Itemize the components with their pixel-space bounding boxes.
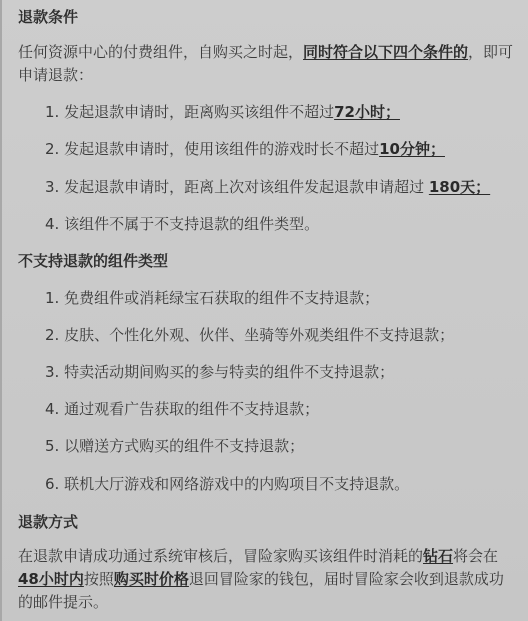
item-number: 2. [45,326,59,344]
item-number: 5. [45,437,59,455]
item-text: 免费组件或消耗绿宝石获取的组件不支持退款； [59,289,379,307]
method-text: 按照 [84,570,114,588]
method-emphasis-price: 购买时价格 [114,570,189,588]
item-text: 该组件不属于不支持退款的组件类型。 [59,215,319,233]
unsupported-item-4: 4. 通过观看广告获取的组件不支持退款； [45,399,319,419]
item-number: 6. [45,475,59,493]
item-number: 3. [45,363,59,381]
item-emphasis: 180天； [429,178,490,196]
unsupported-item-3: 3. 特卖活动期间购买的参与特卖的组件不支持退款； [45,362,394,382]
unsupported-item-2: 2. 皮肤、个性化外观、伙伴、坐骑等外观类组件不支持退款； [45,325,454,345]
item-emphasis: 10分钟； [379,140,445,158]
item-emphasis: 72小时； [334,103,400,121]
method-emphasis-48h: 48小时内 [18,570,84,588]
item-text: 发起退款申请时，距离上次对该组件发起退款申请超过 [59,178,429,196]
method-text: 将会在 [453,547,498,565]
condition-item-2: 2. 发起退款申请时，使用该组件的游戏时长不超过10分钟； [45,139,445,159]
condition-item-4: 4. 该组件不属于不支持退款的组件类型。 [45,214,319,234]
item-number: 1. [45,103,59,121]
item-number: 1. [45,289,59,307]
section-title-method: 退款方式 [18,512,78,532]
item-text: 通过观看广告获取的组件不支持退款； [59,400,319,418]
condition-item-1: 1. 发起退款申请时，距离购买该组件不超过72小时； [45,102,400,122]
condition-item-3: 3. 发起退款申请时，距离上次对该组件发起退款申请超过 180天； [45,177,490,197]
unsupported-item-5: 5. 以赠送方式购买的组件不支持退款； [45,436,304,456]
method-paragraph: 在退款申请成功通过系统审核后，冒险家购买该组件时消耗的钻石将会在48小时内按照购… [18,545,518,614]
intro-emphasis: 同时符合以下四个条件的 [303,43,468,61]
item-text: 发起退款申请时，距离购买该组件不超过 [59,103,334,121]
item-text: 发起退款申请时，使用该组件的游戏时长不超过 [59,140,379,158]
section-title-conditions: 退款条件 [18,7,78,27]
method-emphasis-diamond: 钻石 [423,547,453,565]
item-text: 以赠送方式购买的组件不支持退款； [59,437,304,455]
item-number: 4. [45,400,59,418]
item-text: 特卖活动期间购买的参与特卖的组件不支持退款； [59,363,394,381]
unsupported-item-6: 6. 联机大厅游戏和网络游戏中的内购项目不支持退款。 [45,474,409,494]
conditions-intro: 任何资源中心的付费组件，自购买之时起，同时符合以下四个条件的，即可申请退款： [18,41,518,87]
item-text: 联机大厅游戏和网络游戏中的内购项目不支持退款。 [59,475,409,493]
unsupported-item-1: 1. 免费组件或消耗绿宝石获取的组件不支持退款； [45,288,379,308]
refund-policy-page: 退款条件 任何资源中心的付费组件，自购买之时起，同时符合以下四个条件的，即可申请… [0,0,528,621]
item-number: 2. [45,140,59,158]
section-title-unsupported: 不支持退款的组件类型 [18,251,168,271]
item-number: 4. [45,215,59,233]
intro-text: 任何资源中心的付费组件，自购买之时起， [18,43,303,61]
method-text: 在退款申请成功通过系统审核后，冒险家购买该组件时消耗的 [18,547,423,565]
item-number: 3. [45,178,59,196]
item-text: 皮肤、个性化外观、伙伴、坐骑等外观类组件不支持退款； [59,326,454,344]
